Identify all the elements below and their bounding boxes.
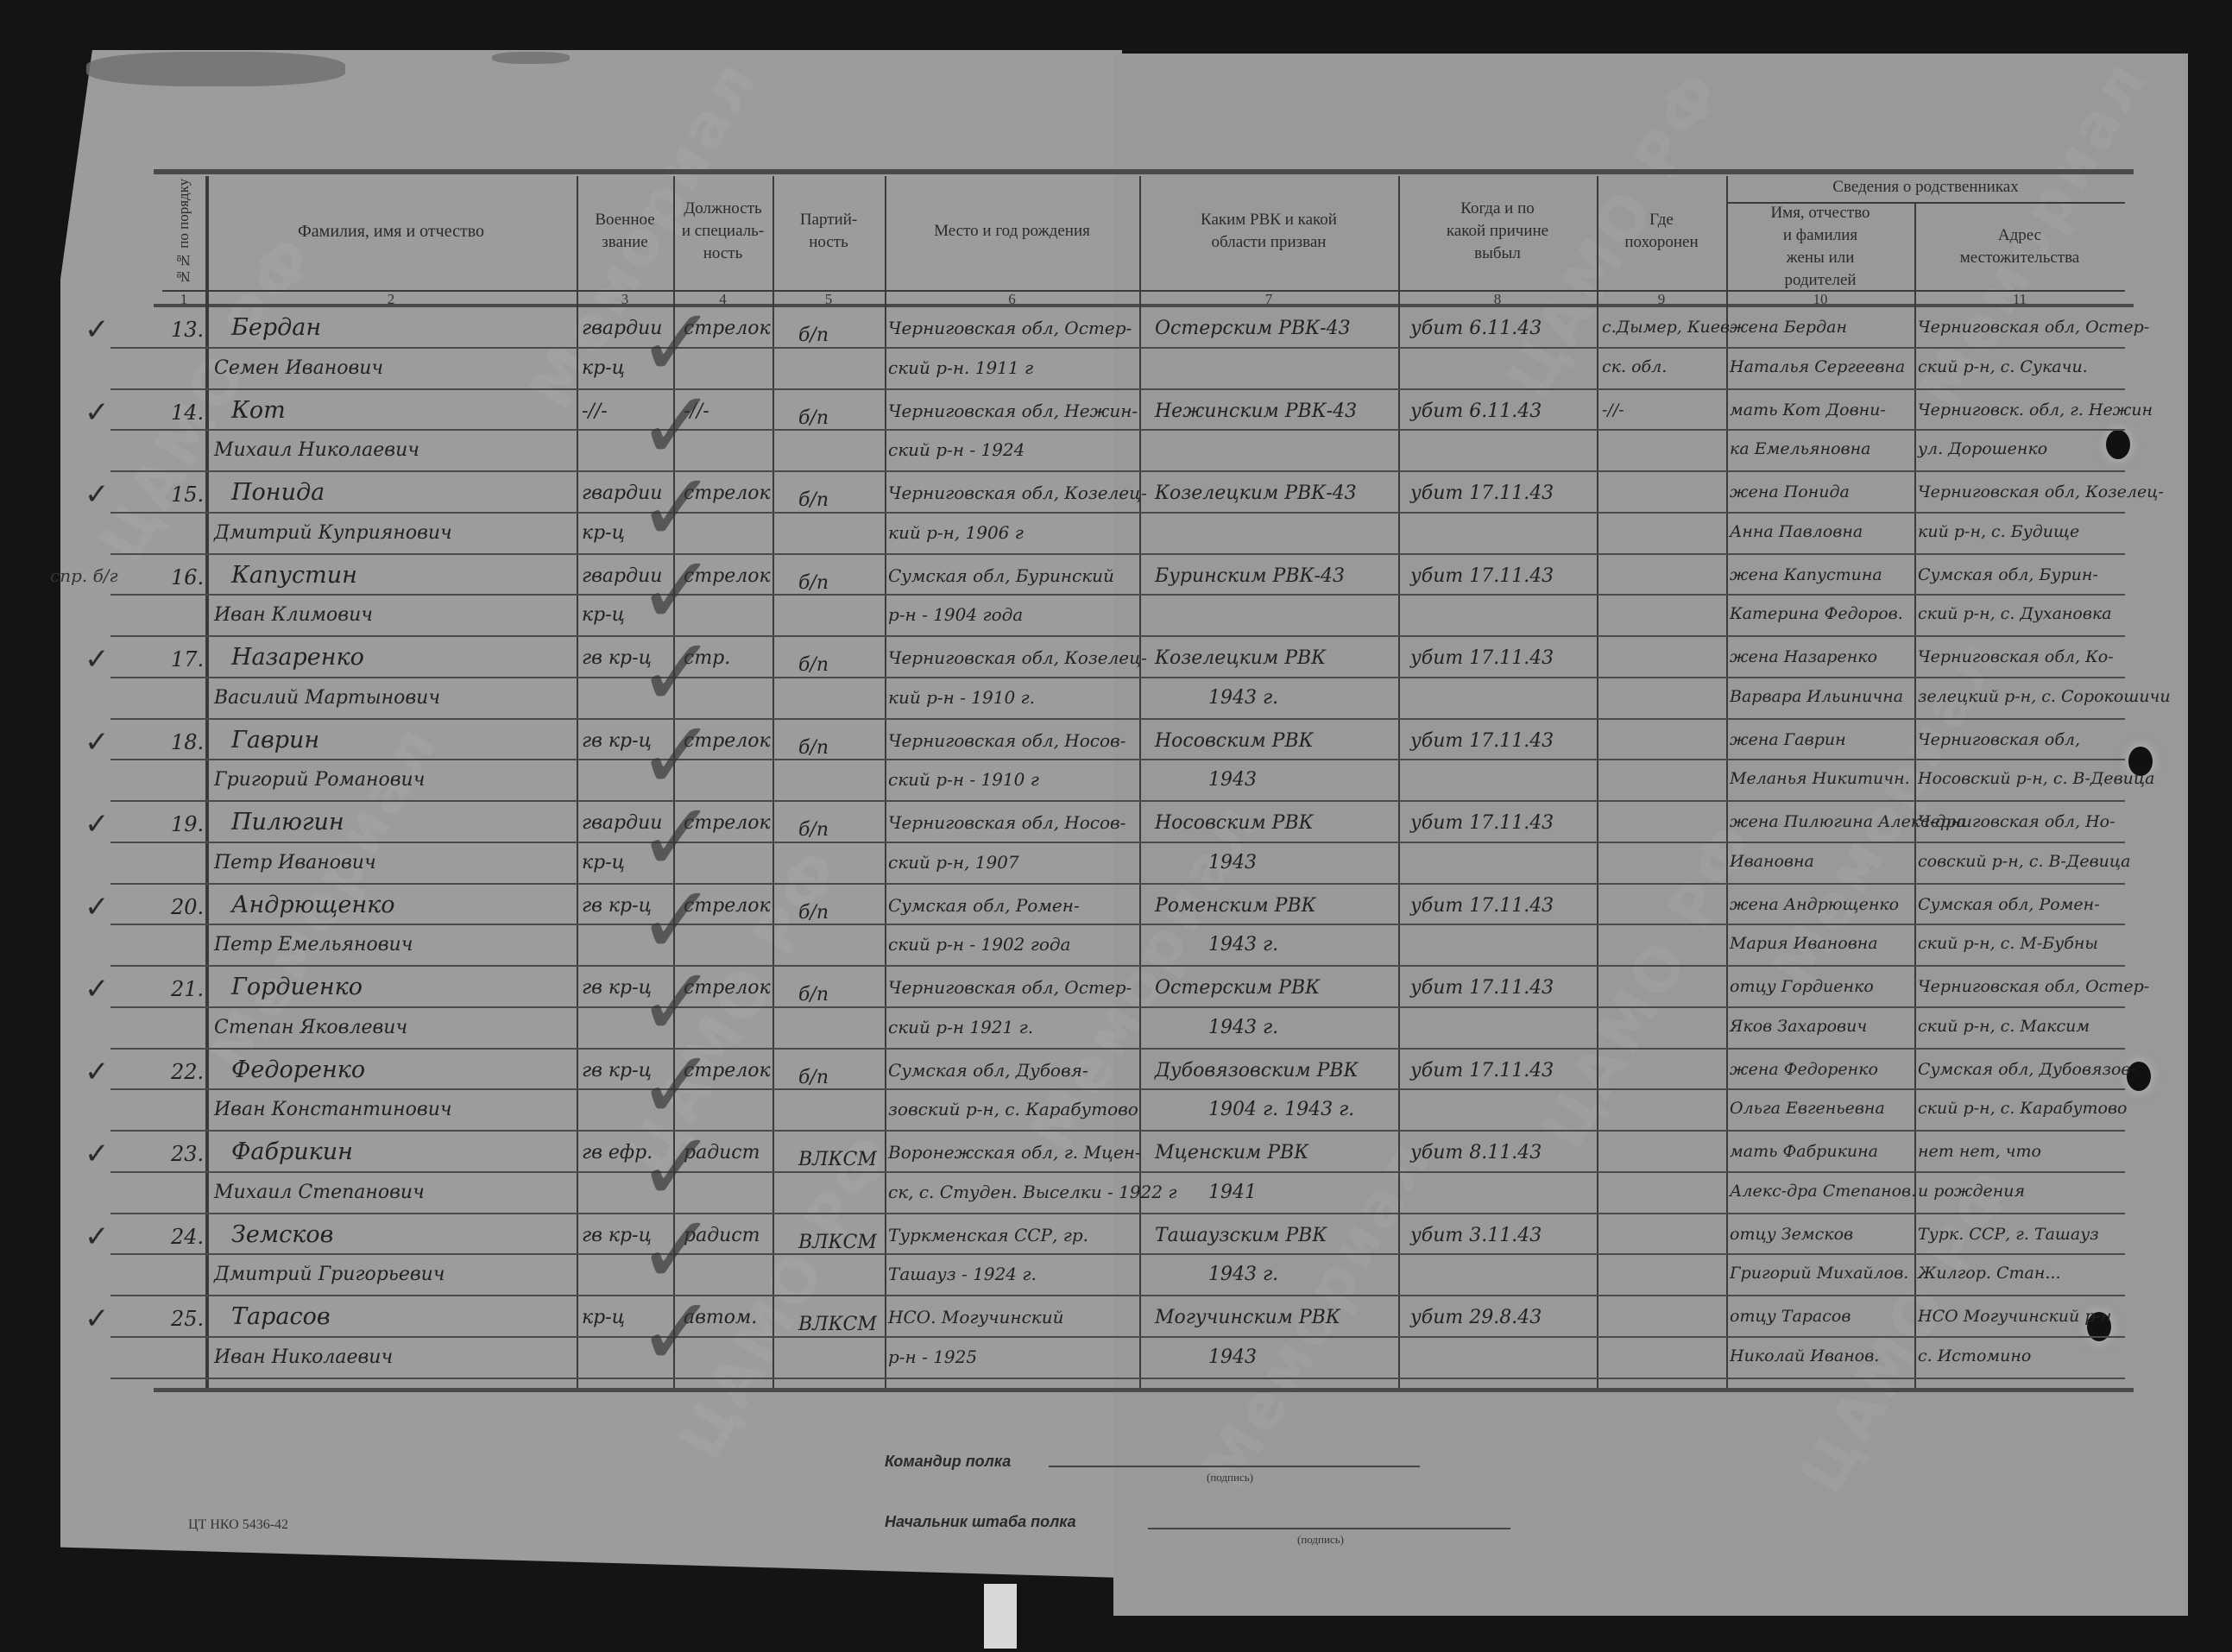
relative-name-line1: отцу Тарасов	[1730, 1307, 1851, 1326]
chief-of-staff-signature-caption: (подпись)	[1297, 1533, 1344, 1547]
loss-date-reason: убит 17.11.43	[1410, 482, 1554, 504]
row-subdivider	[110, 1171, 2125, 1173]
given-name-patronymic: Иван Константинович	[214, 1099, 452, 1120]
row-subdivider	[110, 677, 2125, 678]
military-rank-line2: кр-ц	[582, 522, 625, 544]
relative-name-line2: Мария Ивановна	[1730, 934, 1878, 953]
row-subdivider	[110, 1336, 2125, 1338]
relative-address-line1: Черниговская обл, Ко-	[1918, 647, 2114, 666]
row-number: 16.	[171, 565, 204, 590]
header-col8: Когда и по какой причине выбыл	[1398, 176, 1597, 287]
relative-address-line1: Черниговск. обл, г. Нежин	[1918, 400, 2153, 419]
row-divider	[110, 800, 2125, 802]
birthplace-line2: кий р-н - 1910 г.	[888, 687, 1035, 708]
birthplace-line1: НСО. Могучинский	[888, 1307, 1064, 1327]
verification-check-icon: ✓	[85, 1055, 110, 1089]
given-name-patronymic: Дмитрий Куприянович	[214, 522, 452, 544]
conscription-office: Роменским РВК	[1155, 895, 1316, 917]
birthplace-line2: ский р-н. 1911 г	[888, 357, 1033, 378]
row-subdivider	[110, 594, 2125, 596]
row-number: 19.	[171, 812, 204, 836]
paper-stain	[86, 52, 345, 86]
column-border	[1139, 176, 1141, 1388]
conscription-office: Ташаузским РВК	[1155, 1225, 1327, 1246]
relative-name-line1: жена Капустина	[1730, 565, 1882, 584]
relative-address-line2: ский р-н, с. Максим	[1918, 1017, 2090, 1036]
row-number: 24.	[171, 1225, 204, 1249]
conscription-year: 1943 г.	[1208, 934, 1278, 955]
birthplace-line1: Туркменская ССР, гр.	[888, 1225, 1088, 1245]
burial-place: -//-	[1602, 400, 1624, 419]
party-membership: б/п	[798, 984, 829, 1006]
relative-address-line2: ский р-н, с. М-Бубны	[1918, 934, 2098, 953]
birthplace-line2: Ташауз - 1924 г.	[888, 1264, 1037, 1284]
birthplace-line1: Черниговская обл, Козелец-	[888, 647, 1147, 668]
relative-address-line1: Черниговская обл, Козелец-	[1918, 482, 2164, 501]
column-number: 2	[205, 291, 577, 308]
surname: Капустин	[231, 562, 357, 589]
relative-address-line2: Носовский р-н, с. В-Девица	[1918, 769, 2155, 788]
birthplace-line1: Черниговская обл, Носов-	[888, 812, 1125, 833]
military-rank-line2: кр-ц	[582, 604, 625, 626]
relative-address-line1: Сумская обл, Дубовязов-	[1918, 1060, 2136, 1079]
burial-place: с.Дымер, Киев-	[1602, 318, 1736, 337]
header-col7: Каким РВК и какой области призван	[1139, 176, 1398, 287]
relative-name-line1: жена Гаврин	[1730, 730, 1846, 749]
relative-address-line2: ский р-н, с. Карабутово	[1918, 1099, 2128, 1118]
row-subdivider	[110, 429, 2125, 431]
birthplace-line2: ский р-н - 1902 года	[888, 934, 1070, 955]
relative-address-line2: Жилгор. Стан...	[1918, 1264, 2060, 1283]
column-number: 11	[1914, 291, 2125, 308]
military-rank-line2: кр-ц	[582, 852, 625, 873]
birthplace-line1: Черниговская обл, Остер-	[888, 977, 1132, 998]
verification-check-icon: ✓	[85, 1220, 110, 1254]
row-number: 14.	[171, 400, 204, 425]
table-bottom-border	[154, 1388, 2134, 1392]
header-relatives-group: Сведения о родственниках	[1726, 174, 2125, 200]
given-name-patronymic: Семен Иванович	[214, 357, 383, 379]
row-divider	[110, 718, 2125, 720]
conscription-office: Буринским РВК-43	[1155, 565, 1345, 587]
verification-check-icon: ✓	[85, 1302, 110, 1336]
given-name-patronymic: Петр Иванович	[214, 852, 376, 873]
birthplace-line1: Черниговская обл, Остер-	[888, 318, 1132, 338]
row-subdivider	[110, 842, 2125, 843]
column-number: 1	[162, 291, 205, 308]
commander-label: Командир полка	[885, 1453, 1011, 1471]
loss-date-reason: убит 17.11.43	[1410, 812, 1554, 834]
column-border	[1398, 176, 1400, 1388]
military-rank-line2: кр-ц	[582, 357, 625, 379]
relative-address-line2: и рождения	[1918, 1182, 2025, 1201]
surname: Понида	[231, 479, 325, 506]
header-col9: Где похоронен	[1597, 176, 1726, 287]
relative-address-line1: Черниговская обл,	[1918, 730, 2080, 749]
paper-stain	[492, 52, 570, 64]
birthplace-line2: ск, с. Студен. Выселки - 1922 г	[888, 1182, 1176, 1202]
conscription-office: Могучинским РВК	[1155, 1307, 1340, 1328]
relative-address-line1: Сумская обл, Бурин-	[1918, 565, 2098, 584]
birthplace-line1: Черниговская обл, Козелец-	[888, 482, 1147, 503]
row-number: 25.	[171, 1307, 204, 1331]
conscription-office: Нежинским РВК-43	[1155, 400, 1357, 422]
verification-check-icon: ✓	[85, 1137, 110, 1171]
row-subdivider	[110, 924, 2125, 925]
header-col5: Партий- ность	[772, 176, 885, 287]
row-subdivider	[110, 1006, 2125, 1008]
given-name-patronymic: Степан Яковлевич	[214, 1017, 407, 1038]
relative-name-line1: отцу Гордиенко	[1730, 977, 1874, 996]
column-border	[1914, 202, 1916, 1388]
verification-check-icon: ✓	[85, 972, 110, 1006]
relative-address-line1: Черниговская обл, Остер-	[1918, 977, 2149, 996]
commander-signature-line	[1049, 1466, 1420, 1467]
birthplace-line1: Воронежская обл, г. Мцен-	[888, 1142, 1141, 1163]
birthplace-line2: кий р-н, 1906 г	[888, 522, 1024, 543]
conscription-year: 1941	[1208, 1182, 1257, 1203]
conscription-office: Козелецким РВК	[1155, 647, 1326, 669]
row-number: 23.	[171, 1142, 204, 1166]
row-number: 15.	[171, 482, 204, 507]
birthplace-line1: Сумская обл, Дубовя-	[888, 1060, 1088, 1081]
verification-check-icon: ✓	[85, 642, 110, 677]
relative-address-line1: Черниговская обл, Остер-	[1918, 318, 2149, 337]
relative-address-line2: с. Истомино	[1918, 1346, 2031, 1365]
row-divider	[110, 635, 2125, 637]
column-number: 7	[1139, 291, 1398, 308]
relative-name-line2: Ольга Евгеньевна	[1730, 1099, 1885, 1118]
header-col3: Военное звание	[577, 176, 673, 287]
loss-date-reason: убит 6.11.43	[1410, 400, 1542, 422]
party-membership: ВЛКСМ	[798, 1232, 877, 1253]
party-membership: ВЛКСМ	[798, 1149, 877, 1170]
row-divider	[110, 1213, 2125, 1214]
conscription-office: Носовским РВК	[1155, 730, 1314, 752]
loss-date-reason: убит 17.11.43	[1410, 977, 1554, 999]
conscription-year: 1943 г.	[1208, 1017, 1278, 1038]
row-divider	[110, 883, 2125, 885]
conscription-office: Остерским РВК-43	[1155, 318, 1351, 339]
relative-name-line2: Наталья Сергеевна	[1730, 357, 1905, 376]
given-name-patronymic: Григорий Романович	[214, 769, 425, 791]
relative-address-line1: НСО Могучинский р-н	[1918, 1307, 2111, 1326]
relative-name-line2: Григорий Михайлов.	[1730, 1264, 1908, 1283]
birthplace-line1: Сумская обл, Ромен-	[888, 895, 1080, 916]
given-name-patronymic: Иван Климович	[214, 604, 373, 626]
row-subdivider	[110, 512, 2125, 514]
loss-date-reason: убит 17.11.43	[1410, 1060, 1554, 1081]
relative-address-line2: зелецкий р-н, с. Сорокошичи	[1918, 687, 2171, 706]
column-border	[1597, 176, 1598, 1388]
header-col11: Адрес местожительства	[1914, 205, 2125, 288]
loss-date-reason: убит 17.11.43	[1410, 647, 1554, 669]
verification-check-icon: ✓	[85, 725, 110, 760]
losses-table: №№ по порядкуФамилия, имя и отчествоВоен…	[162, 169, 2125, 1412]
birthplace-line1: Сумская обл, Буринский	[888, 565, 1114, 586]
relative-name-line1: жена Понида	[1730, 482, 1850, 501]
birthplace-line2: ский р-н, 1907	[888, 852, 1019, 873]
column-number: 10	[1726, 291, 1914, 308]
surname: Фабрикин	[231, 1138, 353, 1165]
party-membership: б/п	[798, 654, 829, 676]
surname: Гордиенко	[231, 974, 363, 1000]
margin-note: спр. б/г	[50, 565, 118, 586]
relative-name-line2: Катерина Федоров.	[1730, 604, 1903, 623]
verification-check-icon: ✓	[85, 477, 110, 512]
given-name-patronymic: Иван Николаевич	[214, 1346, 393, 1368]
conscription-year: 1943	[1208, 769, 1257, 791]
verification-check-icon: ✓	[85, 807, 110, 842]
birthplace-line2: зовский р-н, с. Карабутово	[888, 1099, 1138, 1119]
conscription-office: Козелецким РВК-43	[1155, 482, 1357, 504]
header-col10: Имя, отчество и фамилия жены или родител…	[1726, 205, 1914, 288]
military-rank: кр-ц	[582, 1307, 625, 1328]
row-subdivider	[110, 1088, 2125, 1090]
header-col6: Место и год рождения	[885, 176, 1139, 287]
column-border	[772, 176, 774, 1388]
surname: Земсков	[231, 1221, 333, 1248]
verification-check-icon: ✓	[85, 395, 110, 430]
party-membership: б/п	[798, 819, 829, 841]
column-number: 9	[1597, 291, 1726, 308]
birthplace-line2: р-н - 1904 года	[888, 604, 1023, 625]
given-name-patronymic: Михаил Степанович	[214, 1182, 425, 1203]
relative-address-line1: Черниговская обл, Но-	[1918, 812, 2115, 831]
commander-signature-caption: (подпись)	[1207, 1471, 1253, 1485]
party-membership: ВЛКСМ	[798, 1314, 877, 1335]
relative-address-line2: совский р-н, с. В-Девица	[1918, 852, 2131, 871]
row-divider	[110, 965, 2125, 967]
row-number: 13.	[171, 318, 204, 342]
surname: Пилюгин	[231, 809, 344, 835]
party-membership: б/п	[798, 325, 829, 346]
row-divider	[110, 1378, 2125, 1379]
form-code: ЦТ НКО 5436-42	[188, 1517, 288, 1533]
row-number: 22.	[171, 1060, 204, 1084]
relative-address-line1: Турк. ССР, г. Ташауз	[1918, 1225, 2099, 1244]
birthplace-line2: р-н - 1925	[888, 1346, 977, 1367]
party-membership: б/п	[798, 1067, 829, 1088]
row-subdivider	[110, 1253, 2125, 1255]
relative-name-line1: жена Федоренко	[1730, 1060, 1878, 1079]
loss-date-reason: убит 17.11.43	[1410, 895, 1554, 917]
birthplace-line2: ский р-н - 1910 г	[888, 769, 1039, 790]
pencil-check-icon: ✓	[637, 1277, 716, 1387]
conscription-office: Дубовязовским РВК	[1155, 1060, 1359, 1081]
loss-date-reason: убит 29.8.43	[1410, 1307, 1542, 1328]
paper-tab	[984, 1584, 1017, 1649]
conscription-office: Носовским РВК	[1155, 812, 1314, 834]
row-number: 21.	[171, 977, 204, 1001]
loss-date-reason: убит 8.11.43	[1410, 1142, 1542, 1163]
given-name-patronymic: Дмитрий Григорьевич	[214, 1264, 445, 1285]
loss-date-reason: убит 3.11.43	[1410, 1225, 1542, 1246]
surname: Бердан	[231, 314, 321, 341]
military-rank: -//-	[582, 400, 608, 422]
verification-check-icon: ✓	[85, 890, 110, 924]
row-number: 20.	[171, 895, 204, 919]
conscription-year: 1943 г.	[1208, 687, 1278, 709]
column-number: 6	[885, 291, 1139, 308]
header-col4: Должность и специаль- ность	[673, 176, 772, 287]
party-membership: б/п	[798, 737, 829, 759]
relative-name-line2: Николай Иванов.	[1730, 1346, 1879, 1365]
surname: Гаврин	[231, 727, 319, 753]
row-divider	[110, 388, 2125, 390]
surname: Андрющенко	[231, 892, 395, 918]
relative-name-line2: Варвара Ильинична	[1730, 687, 1903, 706]
row-divider	[110, 1048, 2125, 1050]
conscription-year: 1943	[1208, 852, 1257, 873]
relative-address-line1: Сумская обл, Ромен-	[1918, 895, 2100, 914]
birthplace-line2: ский р-н - 1924	[888, 439, 1025, 460]
loss-date-reason: убит 17.11.43	[1410, 730, 1554, 752]
surname: Кот	[231, 397, 286, 424]
relative-name-line1: мать Кот Довни-	[1730, 400, 1886, 419]
conscription-year: 1943	[1208, 1346, 1257, 1368]
column-number: 5	[772, 291, 885, 308]
party-membership: б/п	[798, 407, 829, 429]
surname: Федоренко	[231, 1056, 365, 1083]
relative-name-line1: отцу Земсков	[1730, 1225, 1853, 1244]
birthplace-line1: Черниговская обл, Носов-	[888, 730, 1125, 751]
loss-date-reason: убит 17.11.43	[1410, 565, 1554, 587]
loss-date-reason: убит 6.11.43	[1410, 318, 1542, 339]
relative-address-line2: кий р-н, с. Будище	[1918, 522, 2079, 541]
relative-name-line2: Анна Павловна	[1730, 522, 1863, 541]
birthplace-line1: Черниговская обл, Нежин-	[888, 400, 1138, 421]
conscription-office: Мценским РВК	[1155, 1142, 1308, 1163]
relative-name-line2: Яков Захарович	[1730, 1017, 1867, 1036]
row-divider	[110, 470, 2125, 472]
column-border	[885, 176, 886, 1388]
relative-name-line1: жена Андрющенко	[1730, 895, 1899, 914]
party-membership: б/п	[798, 489, 829, 511]
conscription-year: 1943 г.	[1208, 1264, 1278, 1285]
chief-of-staff-label: Начальник штаба полка	[885, 1513, 1076, 1531]
column-border	[1726, 176, 1728, 1388]
relative-name-line2: Меланья Никитичн.	[1730, 769, 1910, 788]
relative-address-line2: ский р-н, с. Духановка	[1918, 604, 2112, 623]
relative-name-line1: жена Назаренко	[1730, 647, 1877, 666]
row-divider	[110, 1130, 2125, 1132]
relative-address-line2: ул. Дорошенко	[1918, 439, 2047, 458]
relative-name-line2: Ивановна	[1730, 852, 1814, 871]
relative-name-line2: ка Емельяновна	[1730, 439, 1870, 458]
chief-of-staff-signature-line	[1148, 1528, 1510, 1529]
column-number: 8	[1398, 291, 1597, 308]
birthplace-line2: ский р-н 1921 г.	[888, 1017, 1033, 1037]
header-col1: №№ по порядку	[162, 176, 205, 287]
party-membership: б/п	[798, 902, 829, 924]
party-membership: б/п	[798, 572, 829, 594]
row-subdivider	[110, 347, 2125, 349]
relative-address-line1: нет нет, что	[1918, 1142, 2041, 1161]
conscription-year: 1904 г. 1943 г.	[1208, 1099, 1354, 1120]
burial-place-line2: ск. обл.	[1602, 357, 1667, 376]
column-border	[205, 176, 209, 1388]
row-subdivider	[110, 759, 2125, 760]
relative-address-line2: ский р-н, с. Сукачи.	[1918, 357, 2088, 376]
row-divider	[110, 1295, 2125, 1296]
given-name-patronymic: Михаил Николаевич	[214, 439, 419, 461]
relative-name-line1: жена Бердан	[1730, 318, 1847, 337]
given-name-patronymic: Василий Мартынович	[214, 687, 440, 709]
row-divider	[110, 553, 2125, 555]
header-col2: Фамилия, имя и отчество	[205, 176, 577, 287]
row-number: 17.	[171, 647, 204, 672]
given-name-patronymic: Петр Емельянович	[214, 934, 413, 955]
surname: Тарасов	[231, 1303, 331, 1330]
surname: Назаренко	[231, 644, 364, 671]
verification-check-icon: ✓	[85, 312, 110, 347]
relative-name-line2: Алекс-дра Степанов.	[1730, 1182, 1916, 1201]
column-border	[577, 176, 578, 1388]
row-number: 18.	[171, 730, 204, 754]
conscription-office: Остерским РВК	[1155, 977, 1320, 999]
relative-name-line1: мать Фабрикина	[1730, 1142, 1878, 1161]
